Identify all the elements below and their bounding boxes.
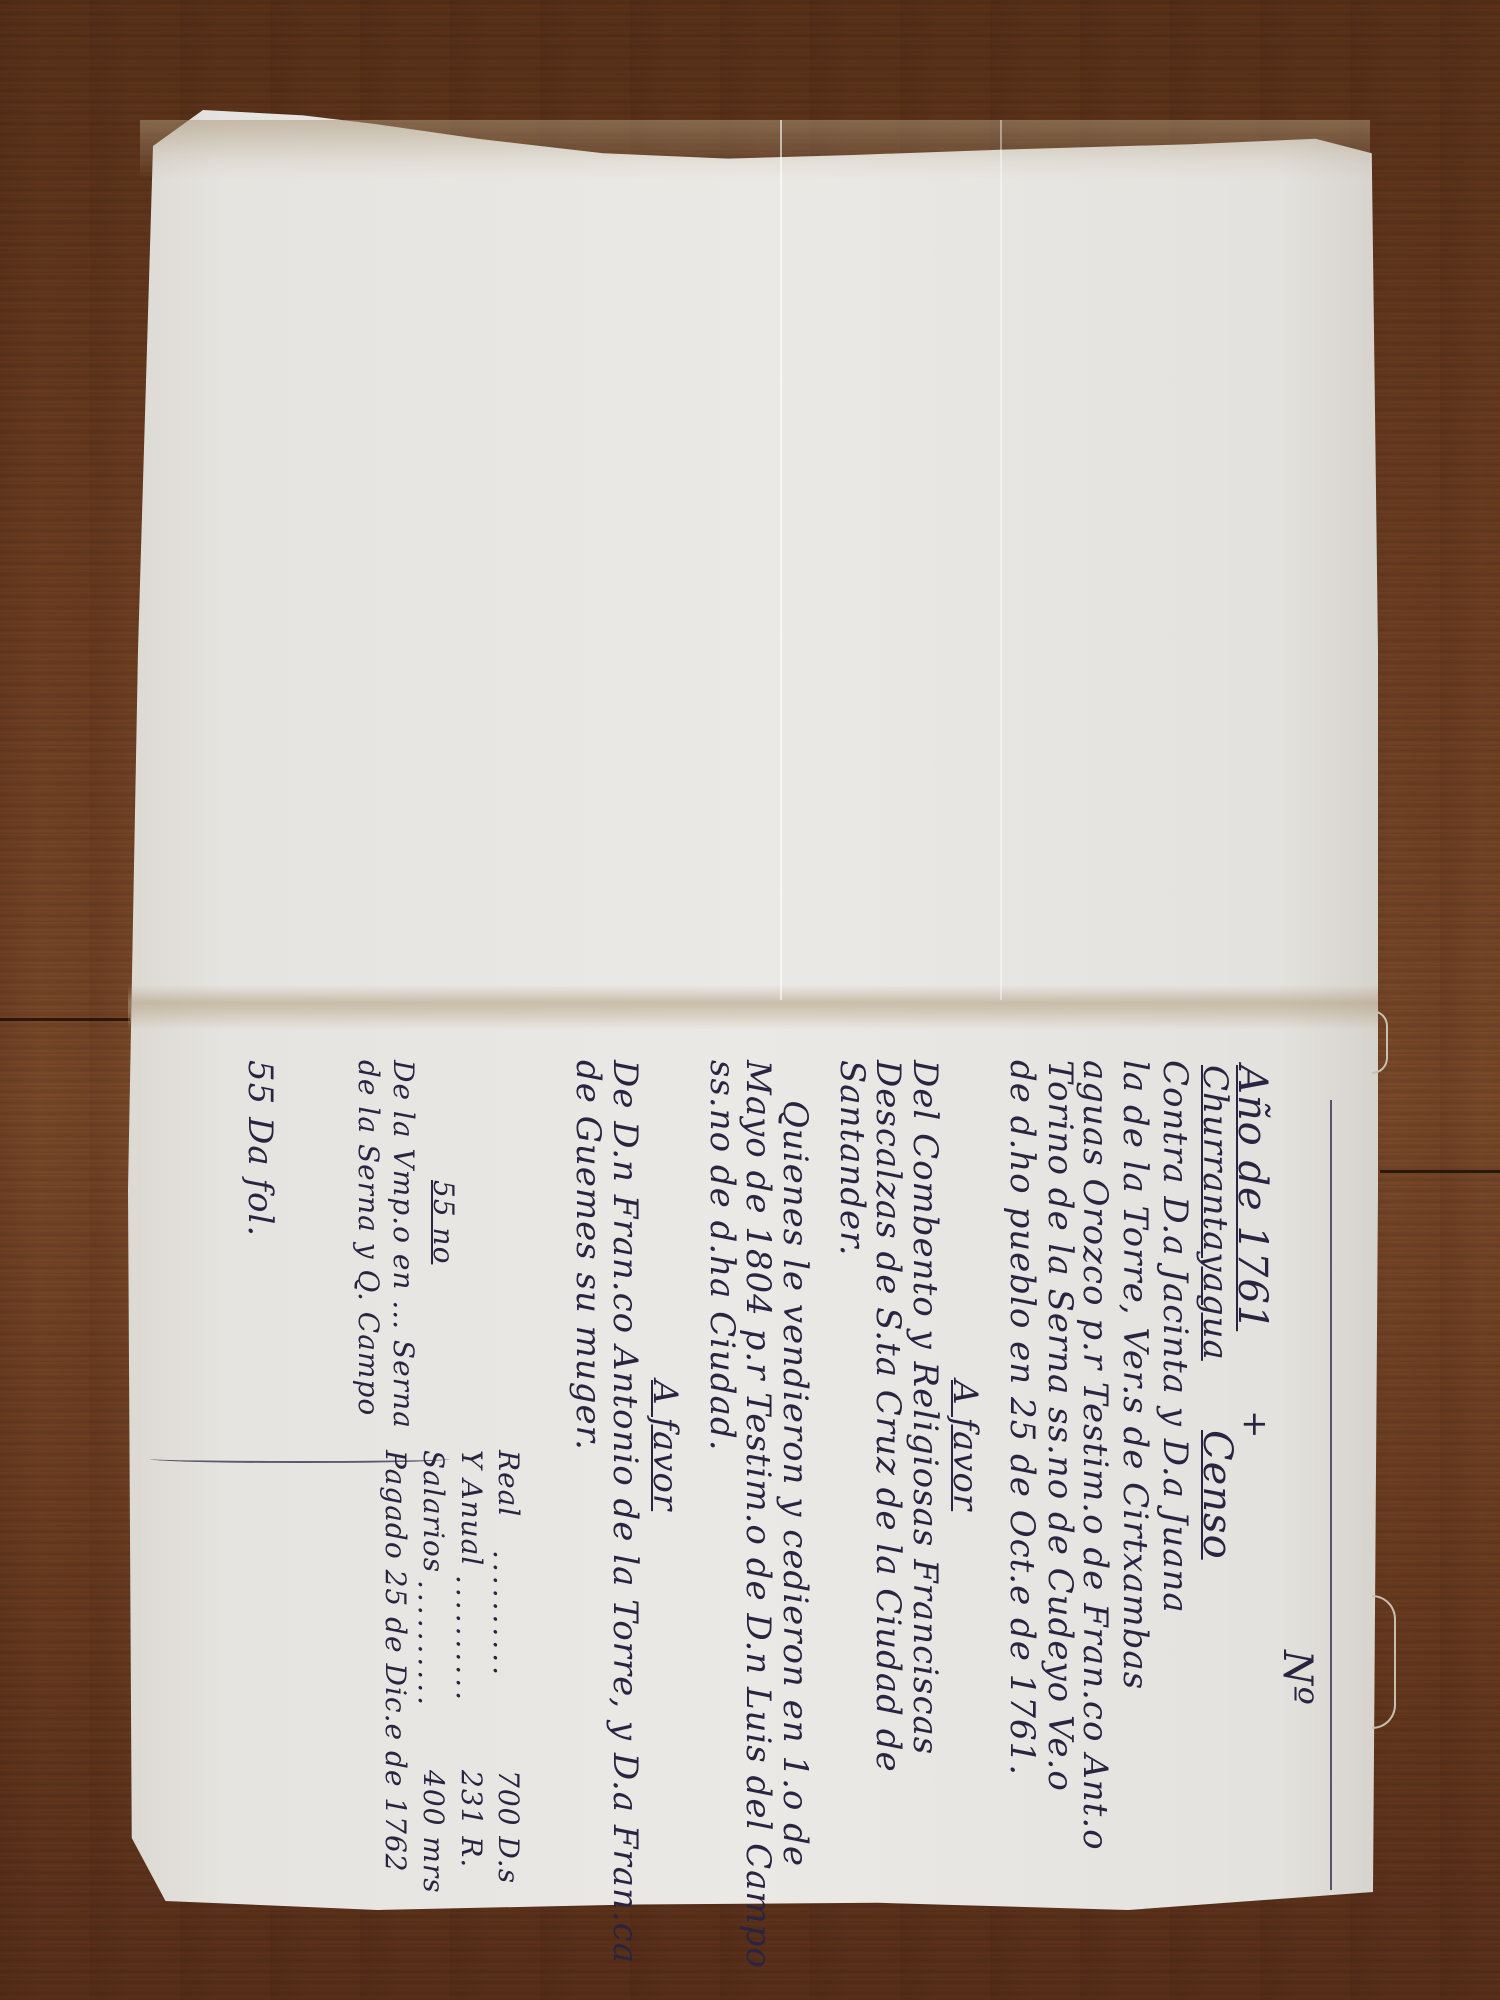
ledger-value: 400 mrs [417, 1770, 450, 1894]
number-label: Nº [1274, 1650, 1320, 1706]
ledger-item: Salarios [417, 1450, 450, 1573]
against-line: la de la Torre, Ver.s de Cirtxambas [1115, 1060, 1155, 1690]
doc-type-heading: Censo [1194, 1430, 1240, 1560]
year-heading: Año de 1761 [1229, 1065, 1275, 1331]
paper-crease [1000, 120, 1002, 1000]
favor-heading: A favor [645, 1380, 685, 1511]
against-line: de d.ho pueblo en 25 de Oct.e de 1761. [1002, 1060, 1042, 1776]
ledger-dots: .......... [450, 1575, 483, 1704]
notary-line: De la Vmp.o en ... Serna [387, 1060, 420, 1429]
favor-line: Santander. [832, 1060, 872, 1257]
ledger-value: 231 R. [455, 1770, 488, 1868]
margin-rule [1330, 1100, 1332, 1890]
favor-line: De D.n Fran.co Antonio de la Torre, y D.… [605, 1060, 645, 1964]
binding-thread [1372, 1595, 1396, 1729]
ledger-dots: .......... [487, 1550, 520, 1679]
folio-note: 55 Da fol. [240, 1060, 280, 1237]
transfer-line: Quienes le vendieron y cedieron en 1.o d… [775, 1100, 815, 1867]
favor-line: Del Combento y Religiosas Franciscas [905, 1060, 945, 1755]
wood-plank-seam [1380, 1170, 1500, 1173]
cross-mark: + [1235, 1410, 1275, 1440]
transfer-line: Mayo de 1804 p.r Testim.o de D.n Luis de… [738, 1060, 778, 1969]
notary-line: de la Serna y Q. Campo [352, 1060, 385, 1416]
against-line: Torino de la Serna ss.no de Cudeyo Ve.o [1040, 1060, 1080, 1792]
favor-heading: A favor [945, 1380, 985, 1511]
favor-line: de Guemes su muger. [568, 1060, 608, 1451]
paper-top-stain [140, 120, 1370, 180]
paper-crease [780, 120, 782, 1000]
favor-line: Descalzas de S.ta Cruz de la Ciudad de [868, 1060, 908, 1773]
notary-label: 55 no [427, 1180, 460, 1264]
ledger-item: Real [492, 1450, 525, 1517]
ledger-dots: .......... [412, 1580, 445, 1709]
binding-thread [1372, 1010, 1388, 1074]
against-line: Contra D.a Jacinta y D.a Juana [1155, 1060, 1195, 1614]
paid-line: Pagado 25 de Dic.e de 1762 [379, 1450, 412, 1873]
against-line: aguas Orozco p.r Testim.o de Fran.co Ant… [1075, 1060, 1115, 1851]
ledger-value: 700 D.s [492, 1770, 525, 1884]
ledger-item: Y Anual [455, 1450, 488, 1566]
transfer-line: ss.no de d.ha Ciudad. [702, 1060, 742, 1452]
wood-plank-seam [0, 1018, 130, 1021]
paper-fold-crease [128, 985, 1378, 1030]
place-heading: Churrantayagua [1195, 1065, 1235, 1361]
